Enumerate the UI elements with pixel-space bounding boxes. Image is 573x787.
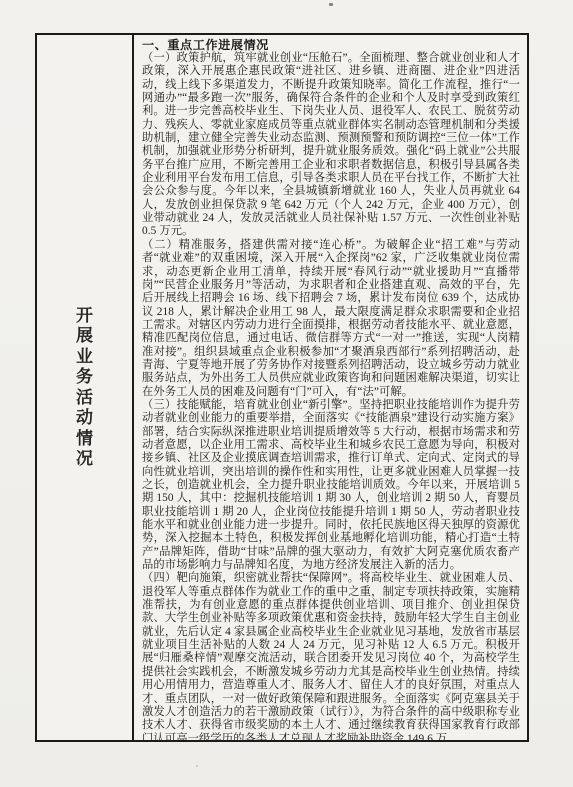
paragraph: （三）技能赋能，培育就业创业“新引擎”。坚持把职业技能培训作为提升劳动者就业创业… [142, 399, 520, 572]
paragraph: （二）精准服务，搭建供需对接“连心桥”。为破解企业“招工难”与劳动者“就业难”的… [142, 239, 520, 399]
vertical-title-char: 开 [76, 306, 93, 327]
vertical-title-char: 展 [76, 326, 93, 347]
scan-noise-dot [196, 765, 198, 767]
vertical-title-char: 情 [76, 429, 93, 450]
section-title: 一、重点工作进展情况 [142, 38, 520, 52]
paragraph: （一）政策护航，筑牢就业创业“压舱石”。全面梳理、整合就业创业和人才政策，深入开… [142, 52, 520, 239]
left-column-vertical-title: 开展业务活动情况 [76, 306, 93, 470]
scanned-document-page: 开展业务活动情况 一、重点工作进展情况 （一）政策护航，筑牢就业创业“压舱石”。… [0, 0, 573, 787]
content-cell: 一、重点工作进展情况 （一）政策护航，筑牢就业创业“压舱石”。全面梳理、整合就业… [134, 35, 527, 740]
paragraph: （四）靶向施策，织密就业帮扶“保障网”。将高校毕业生、就业困难人员、退役军人等重… [142, 572, 520, 740]
row-header-cell: 开展业务活动情况 [37, 35, 134, 740]
vertical-title-char: 业 [76, 347, 93, 368]
vertical-title-char: 况 [76, 449, 93, 470]
vertical-title-char: 动 [76, 408, 93, 429]
vertical-title-char: 务 [76, 367, 93, 388]
vertical-title-char: 活 [76, 388, 93, 409]
report-table: 开展业务活动情况 一、重点工作进展情况 （一）政策护航，筑牢就业创业“压舱石”。… [35, 33, 529, 742]
paragraphs: （一）政策护航，筑牢就业创业“压舱石”。全面梳理、整合就业创业和人才政策，深入开… [142, 52, 520, 740]
scan-mark [329, 3, 333, 6]
